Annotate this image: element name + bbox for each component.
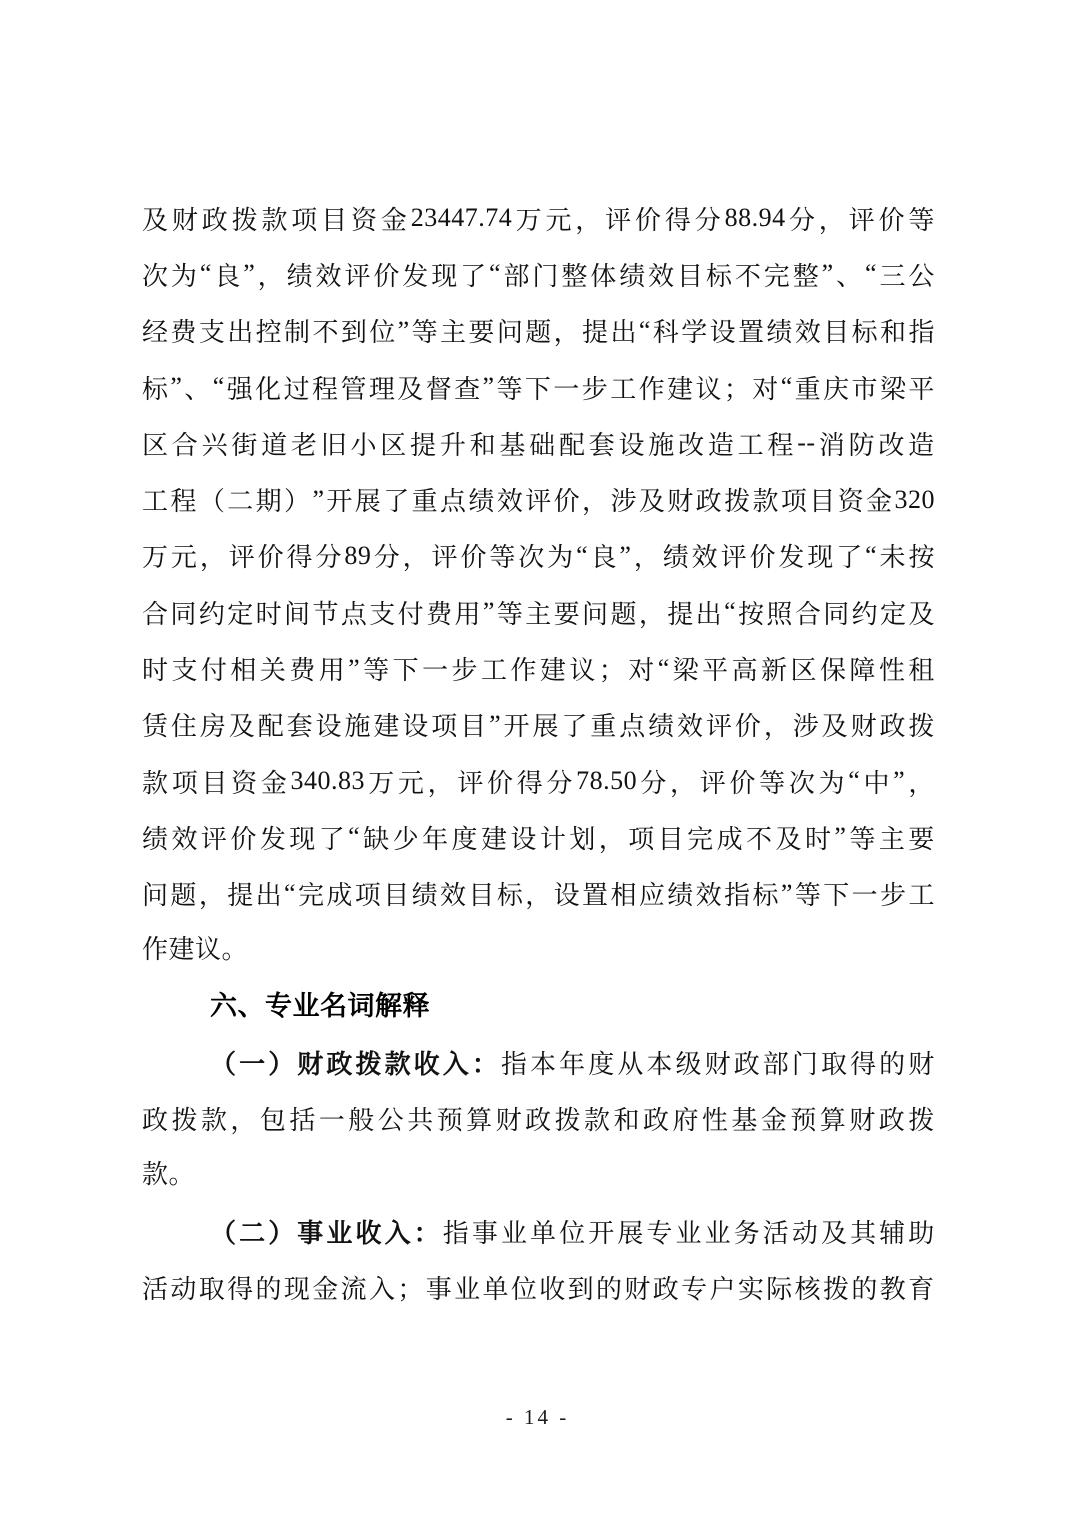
text-line: 时支付相关费用”等下一步工作建议；对“梁平高新区保障性租 xyxy=(142,640,935,696)
page-footer: - 14 - xyxy=(0,1405,1075,1430)
text-line: 赁住房及配套设施建设项目”开展了重点绩效评价，涉及财政拨 xyxy=(142,697,935,753)
text-line: 次为“良”，绩效评价发现了“部门整体绩效目标不完整”、“三公 xyxy=(142,246,935,302)
text-line: 及财政拨款项目资金23447.74万元，评价得分88.94分，评价等 xyxy=(142,190,935,246)
text-line: 作建议。 xyxy=(142,922,935,978)
text-line: 款项目资金340.83万元，评价得分78.50分，评价等次为“中”， xyxy=(142,753,935,809)
section-heading: 六、专业名词解释 xyxy=(142,978,935,1034)
text-line: 万元，评价得分89分，评价等次为“良”，绩效评价发现了“未按 xyxy=(142,528,935,584)
text-line: 经费支出控制不到位”等主要问题，提出“科学设置绩效目标和指 xyxy=(142,303,935,359)
text-line: 绩效评价发现了“缺少年度建设计划，项目完成不及时”等主要 xyxy=(142,809,935,865)
text-line: 款。 xyxy=(142,1147,935,1203)
text-line: 问题，提出“完成项目绩效目标，设置相应绩效指标”等下一步工 xyxy=(142,866,935,922)
text-line: 工程（二期）”开展了重点绩效评价，涉及财政拨款项目资金320 xyxy=(142,471,935,527)
page-container: 及财政拨款项目资金23447.74万元，评价得分88.94分，评价等次为“良”，… xyxy=(0,0,1075,1520)
text-line: 合同约定时间节点支付费用”等主要问题，提出“按照合同约定及 xyxy=(142,584,935,640)
text-line: （二）事业收入：指事业单位开展专业业务活动及其辅助 xyxy=(142,1203,935,1259)
page-number: - 14 - xyxy=(506,1405,570,1429)
text-line: 政拨款，包括一般公共预算财政拨款和政府性基金预算财政拨 xyxy=(142,1091,935,1147)
document-page: { "document": { "lines": [ {"style":"bod… xyxy=(0,0,1075,1520)
text-line: 区合兴街道老旧小区提升和基础配套设施改造工程--消防改造 xyxy=(142,415,935,471)
text-line: 标”、“强化过程管理及督查”等下一步工作建议；对“重庆市梁平 xyxy=(142,359,935,415)
text-line: （一）财政拨款收入：指本年度从本级财政部门取得的财 xyxy=(142,1034,935,1090)
document-body: 及财政拨款项目资金23447.74万元，评价得分88.94分，评价等次为“良”，… xyxy=(142,190,935,1316)
text-line: 活动取得的现金流入；事业单位收到的财政专户实际核拨的教育 xyxy=(142,1260,935,1316)
